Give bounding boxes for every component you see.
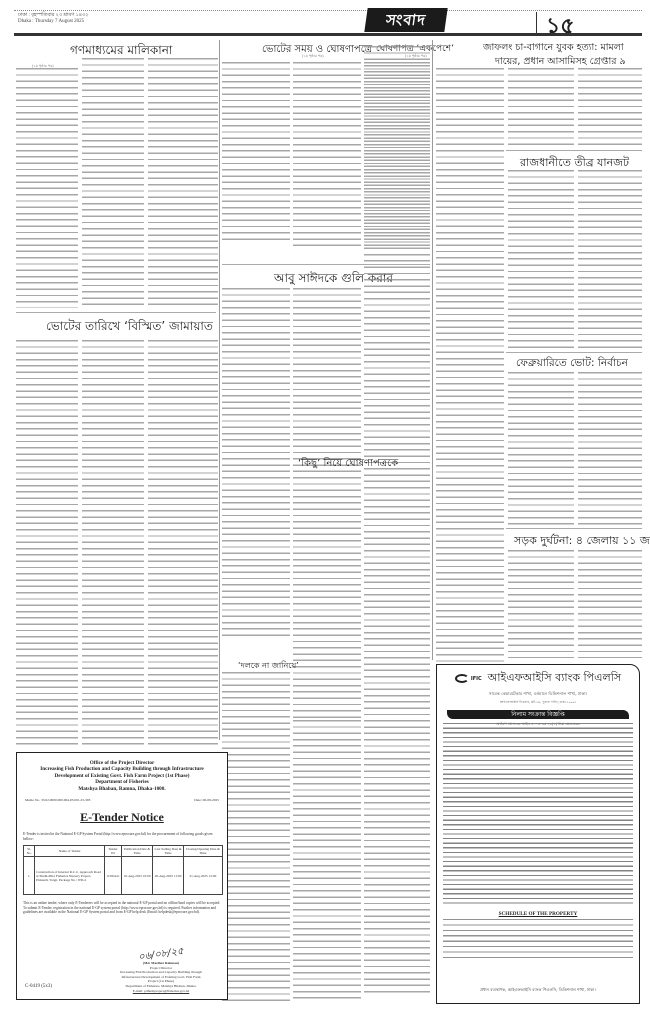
article-body-column: [508, 68, 574, 148]
article-body-column: [578, 68, 642, 148]
section-divider: [506, 150, 642, 151]
bank-logo-icon: [455, 674, 469, 683]
article-body-column: [222, 288, 290, 638]
headline-something: ‘কিছু’ নিয়ে ঘোষণাপত্রকে: [298, 456, 398, 473]
headline-astonished: ভোটের তারিখে ‘বিস্মিত’ জামায়াত: [46, 318, 213, 338]
tender-col-header: Sl. No.: [24, 846, 35, 857]
bank-branch: সাবেক কেয়ারটেকার শাখা, বর্তমানে ডিভিশনা…: [437, 691, 639, 698]
ad-code: C-0419 (5x3): [25, 984, 52, 989]
tender-footer: This is an online tender, where only E-T…: [17, 901, 227, 915]
tender-title: E-Tender Notice: [17, 810, 227, 825]
article-body-column: [82, 340, 144, 745]
tender-header: Office of the Project Director Increasin…: [17, 760, 227, 792]
tender-cell: 10-Aug-2025 10:00: [121, 857, 153, 895]
dateline-english: Dhaka : Thursday 7 August 2025: [18, 19, 89, 25]
tender-cell: Construction of Internal R.C.C. Approach…: [35, 857, 105, 895]
article-body-column: [578, 372, 642, 527]
tender-memo-row: Memo No. 33.02.0000.000.064.03.001.23-39…: [17, 798, 227, 802]
article-body-column: [16, 68, 78, 308]
bank-logo-text: IFIC: [471, 676, 482, 682]
article-body-column: [578, 550, 642, 658]
headline-february: ফেব্রুয়ারিতে ভোট: নির্বাচন: [516, 356, 628, 373]
article-body-column: [293, 62, 361, 247]
tender-col-header: Name of Tender: [35, 846, 105, 857]
tender-intro: E-Tender is invited in the National E-GP…: [17, 832, 227, 841]
article-body-column: [508, 550, 574, 658]
section-divider: [506, 528, 642, 529]
article-body-column: [82, 58, 144, 308]
tender-cell: 20-Aug-2025 11:00: [153, 857, 183, 895]
tender-col-header: Publication Date & Time: [121, 846, 153, 857]
column-divider: [219, 40, 220, 740]
article-body-column: [508, 372, 574, 527]
column-divider: [432, 40, 433, 660]
continuation-note: (১ম পৃষ্ঠার পর): [302, 53, 324, 60]
tender-signature-block: ০৬/০৮/২৫ (Md. Mazibur Rahman) Project Di…: [101, 949, 221, 993]
masthead-divider: [536, 12, 537, 34]
tender-table-row: 1. Construction of Internal R.C.C. Appro…: [24, 857, 223, 895]
section-divider: [506, 352, 642, 353]
article-body-column: [222, 672, 290, 1002]
article-body-column: [508, 170, 574, 350]
article-body-column: [578, 170, 642, 350]
tender-header-line: Matshya Bhaban, Ramna, Dhaka-1000.: [17, 786, 227, 792]
tender-col-header: Tender ID: [105, 846, 122, 857]
masthead-rule: [14, 33, 642, 36]
article-body-column: [16, 340, 78, 745]
article-body-column: [293, 288, 361, 718]
bank-signoff: প্রধান ব্যবস্থাপক, আইএফআইসি ব্যাংক পিএলস…: [437, 987, 639, 994]
article-body-column: [222, 62, 290, 242]
schedule-body-text: [443, 919, 633, 961]
headline-murder: জাফলং চা-বাগানে যুবক হত্যা: মামলা: [483, 41, 624, 56]
newspaper-logo: সংবাদ: [364, 8, 447, 32]
auction-body-text: [443, 723, 633, 907]
schedule-title: SCHEDULE OF THE PROPERTY: [437, 911, 639, 917]
article-body-column: [364, 46, 430, 996]
bank-brand: IFIC আইএফআইসি ব্যাংক পিএলসি: [437, 669, 639, 688]
dateline: ঢাকা : বৃহস্পতিবার ২৩ শ্রাবণ ১৪৩২ Dhaka …: [18, 13, 89, 25]
tender-cell: 21-Aug-2025 12:00: [183, 857, 222, 895]
tender-cell: 1158xxx1: [105, 857, 122, 895]
tender-table-header: Sl. No. Name of Tender Tender ID Publica…: [24, 846, 223, 857]
article-body-column: [293, 720, 361, 1000]
bank-address: আইএফআইসি টাওয়ার, প্লট-৫৬, পুরানা পল্টন,…: [437, 700, 639, 706]
article-body-column: [148, 58, 218, 308]
section-divider: [16, 312, 216, 313]
tender-memo-no: Memo No. 33.02.0000.000.064.03.001.23-39…: [25, 798, 90, 802]
tender-col-header: Closing/Opening Date & Time: [183, 846, 222, 857]
tender-header-line: Increasing Fish Production and Capacity …: [17, 766, 227, 772]
ific-bank-auction-ad: IFIC আইএফআইসি ব্যাংক পিএলসি সাবেক কেয়ার…: [436, 664, 640, 1004]
article-body-column: [436, 150, 504, 670]
tender-cell: 1.: [24, 857, 35, 895]
e-tender-notice-ad: Office of the Project Director Increasin…: [16, 752, 228, 1000]
bank-name: আইএফআইসি ব্যাংক পিএলসি: [488, 669, 621, 688]
tender-col-header: Last Selling Date & Time: [153, 846, 183, 857]
tender-date: Date: 06-08-2025: [194, 798, 219, 802]
auction-notice-title: নিলাম সংক্রান্ত বিজ্ঞপ্তি: [447, 710, 629, 719]
headline-accident: সড়ক দুর্ঘটনা: ৪ জেলায় ১১ জন: [514, 532, 650, 551]
tender-table: Sl. No. Name of Tender Tender ID Publica…: [23, 845, 223, 895]
signatory-email: E-mail: pdfarmproject@fisheries.gov.bd: [101, 989, 221, 994]
article-body-column: [436, 68, 504, 148]
article-body-column: [148, 340, 218, 745]
